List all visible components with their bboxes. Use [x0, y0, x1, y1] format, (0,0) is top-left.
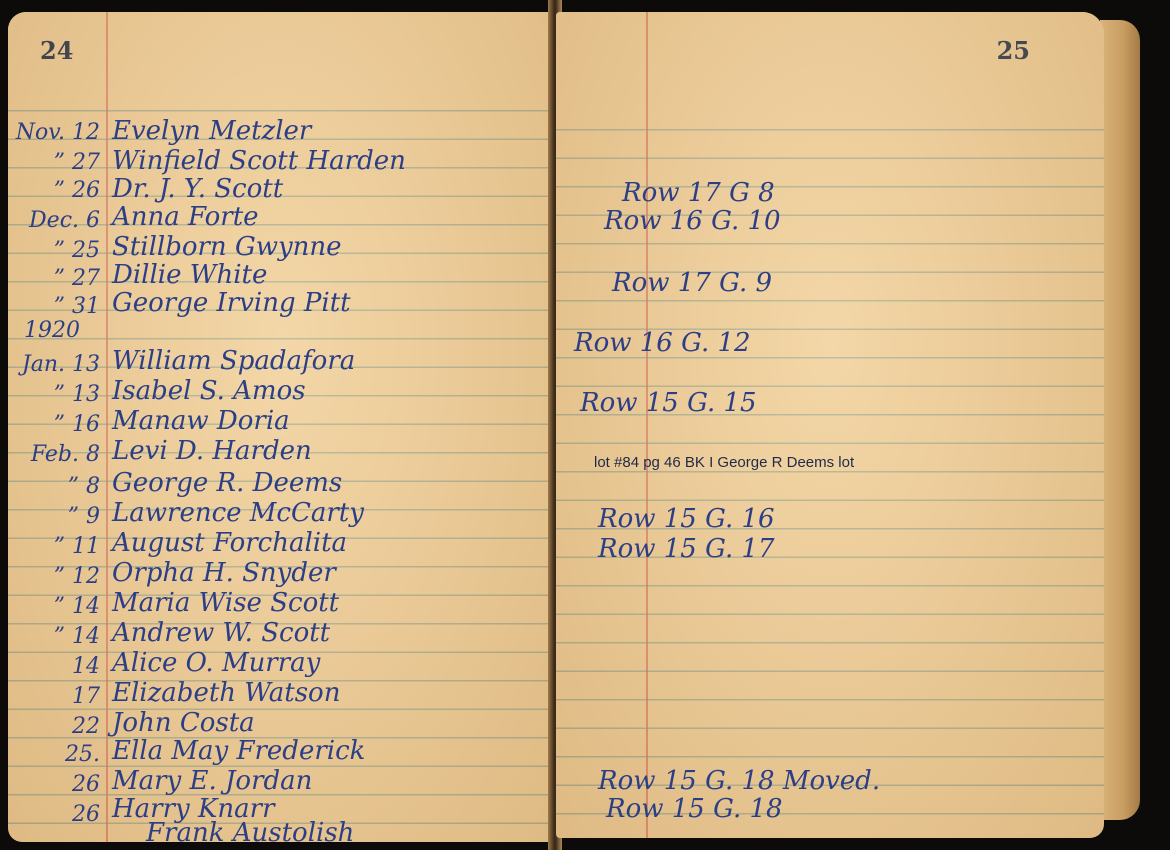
entry-date: 26	[8, 772, 100, 797]
entry-name: Anna Forte	[112, 202, 259, 232]
right-page: 25 Row 17 G 8 Row 16 G. 10 Row 17 G. 9 R…	[556, 12, 1104, 838]
entry-date: 25.	[8, 742, 100, 767]
entry-name: John Costa	[112, 708, 255, 738]
entry-date: ” 12	[8, 564, 100, 589]
entry-name: George Irving Pitt	[112, 288, 351, 318]
grave-location-note: Row 16 G. 12	[574, 328, 751, 358]
margin-line	[646, 12, 648, 838]
entry-name: Elizabeth Watson	[112, 678, 340, 708]
left-page: 24 Nov. 12 Evelyn Metzler ” 27 Winfield …	[8, 12, 556, 842]
grave-location-note: Row 15 G. 15	[580, 388, 757, 418]
page-header-band	[8, 12, 556, 83]
grave-location-note: Row 16 G. 10	[604, 206, 781, 236]
entry-date: ” 11	[8, 534, 100, 559]
year-heading: 1920	[24, 318, 80, 343]
entry-date: Feb. 8	[8, 442, 100, 467]
entry-name: Frank Austolish	[146, 818, 354, 842]
page-stack-edge	[1100, 20, 1140, 820]
entry-date: Nov. 12	[8, 120, 100, 145]
entry-name: Andrew W. Scott	[112, 618, 330, 648]
grave-location-note: Row 15 G. 18 Moved.	[598, 766, 880, 796]
entry-name: Evelyn Metzler	[112, 116, 311, 146]
entry-date: ” 27	[8, 266, 100, 291]
entry-date: ” 14	[8, 594, 100, 619]
entry-name: Isabel S. Amos	[112, 376, 306, 406]
entry-name: Levi D. Harden	[112, 436, 312, 466]
entry-date: ” 31	[8, 294, 100, 319]
entry-name: Manaw Doria	[112, 406, 290, 436]
entry-date: ” 8	[8, 474, 100, 499]
entry-name: Lawrence McCarty	[112, 498, 364, 528]
entry-date: 17	[8, 684, 100, 709]
entry-date: ” 16	[8, 412, 100, 437]
entry-date: 22	[8, 714, 100, 739]
entry-date: ” 9	[8, 504, 100, 529]
margin-line	[106, 12, 108, 842]
entry-date: ” 14	[8, 624, 100, 649]
entry-name: Ella May Frederick	[112, 736, 365, 766]
entry-name: Dr. J. Y. Scott	[112, 174, 283, 204]
entry-name: George R. Deems	[112, 468, 342, 498]
entry-date: ” 26	[8, 178, 100, 203]
entry-date: ” 13	[8, 382, 100, 407]
entry-name: Stillborn Gwynne	[112, 232, 342, 262]
grave-location-note: Row 17 G. 9	[612, 268, 772, 298]
entry-date: 26	[8, 802, 100, 827]
entry-date: Jan. 13	[8, 352, 100, 377]
entry-date: Dec. 6	[8, 208, 100, 233]
entry-name: Dillie White	[112, 260, 267, 290]
page-number: 24	[40, 36, 73, 65]
grave-location-note: Row 15 G. 17	[598, 534, 775, 564]
entry-date: 14	[8, 654, 100, 679]
entry-name: Orpha H. Snyder	[112, 558, 336, 588]
entry-name: Maria Wise Scott	[112, 588, 339, 618]
entry-name: Alice O. Murray	[112, 648, 320, 678]
page-number: 25	[997, 36, 1030, 65]
grave-location-note: Row 15 G. 18	[606, 794, 783, 824]
entry-name: August Forchalita	[112, 528, 347, 558]
entry-date: ” 25	[8, 238, 100, 263]
entry-date: ” 27	[8, 150, 100, 175]
grave-location-note: Row 17 G 8	[622, 178, 775, 208]
entry-name: Winfield Scott Harden	[112, 146, 406, 176]
entry-name: William Spadafora	[112, 346, 355, 376]
grave-location-note: Row 15 G. 16	[598, 504, 775, 534]
entry-name: Mary E. Jordan	[112, 766, 312, 796]
lot-reference-note: lot #84 pg 46 BK I George R Deems lot	[594, 454, 854, 471]
